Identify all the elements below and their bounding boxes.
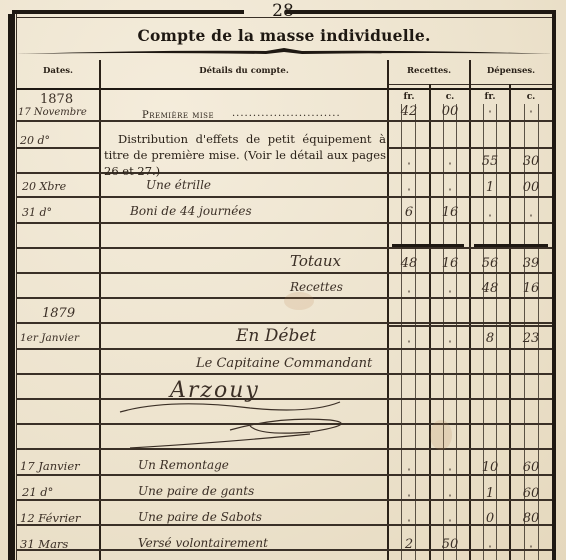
date-cell: 31 d° [22,206,52,219]
subheader-recettes-fr: fr. [388,92,430,102]
title-ornament-rule [16,48,552,56]
signature-flourish [110,390,390,450]
depenses-fr-cell: 1 [470,180,510,195]
page-title: Compte de la masse individuelle. [16,26,552,45]
recettes-c-cell: " [430,290,470,298]
depenses-fr-cell: 8 [470,331,510,346]
frame-right-border [552,14,556,560]
detail-cell: Un Remontage [138,458,229,472]
row-rule [16,373,552,375]
recettes-c-cell: " [430,468,470,476]
detail-cell: Une étrille [146,178,211,192]
detail-en-debet: En Débet [236,326,316,346]
depenses-fr-cell: 0 [470,511,510,526]
row-rule [16,120,552,122]
depenses-fr-cell: " [470,110,510,118]
row-rule [388,147,552,149]
depenses-c-cell: 60 [510,486,552,501]
date-cell: 1er Janvier [20,332,79,344]
row-rule-double [388,325,552,327]
detail-cell: Boni de 44 journées [130,204,252,218]
header-details: Détails du compte. [100,66,388,76]
depenses-c-cell: " [510,545,552,553]
recettes-fr-cell: 2 [388,537,430,552]
date-cell: 20 Xbre [22,180,66,193]
recettes-fr-cell: " [388,162,430,170]
recettes-fr-cell: " [388,494,430,502]
date-cell: 17 Novembre [18,107,87,118]
depenses-c-cell: 16 [510,281,552,296]
col-divider-dates [99,60,101,560]
row-rule [16,348,552,350]
top-rule-right [286,10,556,14]
depenses-c-cell: 30 [510,154,552,169]
frame-top-border [16,17,552,18]
top-rule-left [12,10,244,14]
detail-cell: Versé volontairement [138,536,268,550]
col-divider-details [387,60,389,560]
subheader-depenses-c: c. [510,92,552,102]
year-label: 1878 [40,92,73,107]
recettes-c-cell: 00 [430,104,470,119]
row-rule [16,322,552,324]
total-recettes-fr: 48 [388,256,430,271]
depenses-c-cell: " [510,214,552,222]
paper-stain [430,420,452,450]
signature-title: Le Capitaine Commandant [196,356,372,371]
subheader-depenses-fr: fr. [470,92,510,102]
recettes-fr-cell: 6 [388,205,430,220]
detail-premiere-mise: Première mise [142,110,214,121]
total-rule-recettes [392,244,464,247]
depenses-c-cell: 00 [510,180,552,195]
recettes-c-cell: " [430,519,470,527]
detail-cell: Une paire de gants [138,484,254,498]
depenses-c-cell: 23 [510,331,552,346]
date-cell: 17 Janvier [20,459,80,473]
depenses-fr-cell: " [470,214,510,222]
detail-distribution: Distribution d'effets de petit équipemen… [104,131,386,179]
col-divider-recettes [469,60,471,560]
depenses-fr-cell: 48 [470,281,510,296]
depenses-fr-cell: 10 [470,460,510,475]
totals-label: Totaux [290,252,341,270]
date-cell: 31 Mars [20,537,68,551]
recettes-fr-cell: " [388,468,430,476]
total-depenses-fr: 56 [470,256,510,271]
recettes-label: Recettes [290,280,343,294]
depenses-fr-cell: " [470,545,510,553]
year-label: 1879 [42,306,75,321]
total-depenses-c: 39 [510,256,552,271]
recettes-c-cell: " [430,340,470,348]
subheader-recettes-c: c. [430,92,470,102]
recettes-c-cell: " [430,494,470,502]
detail-cell: Une paire de Sabots [138,510,262,524]
date-cell: 20 d° [20,134,50,147]
depenses-fr-cell: 55 [470,154,510,169]
row-rule [16,272,552,274]
recettes-c-cell: 16 [430,205,470,220]
header-depenses: Dépenses. [470,66,552,76]
recettes-fr-cell: 42 [388,104,430,119]
recettes-c-cell: 50 [430,537,470,552]
frame-left-border [8,14,15,560]
frame-left-inner [16,14,17,560]
depenses-c-cell: 80 [510,511,552,526]
date-cell: 12 Février [20,511,80,525]
recettes-fr-cell: " [388,188,430,196]
paper-stain [284,292,314,310]
recettes-c-cell: " [430,188,470,196]
header-dates: Dates. [16,66,100,76]
header-recettes: Recettes. [388,66,470,76]
recettes-fr-cell: " [388,340,430,348]
total-recettes-c: 16 [430,256,470,271]
depenses-fr-cell: 1 [470,486,510,501]
total-rule-depenses [474,244,548,247]
depenses-c-cell: " [510,110,552,118]
recettes-fr-cell: " [388,519,430,527]
row-rule [16,247,552,249]
recettes-fr-cell: " [388,290,430,298]
header-rule [16,88,552,90]
recettes-c-cell: " [430,162,470,170]
depenses-c-cell: 60 [510,460,552,475]
date-cell: 21 d° [22,485,53,499]
row-rule [16,147,100,149]
leader-dots: .......................... [232,108,341,119]
row-rule [16,222,552,224]
row-rule [16,196,552,198]
